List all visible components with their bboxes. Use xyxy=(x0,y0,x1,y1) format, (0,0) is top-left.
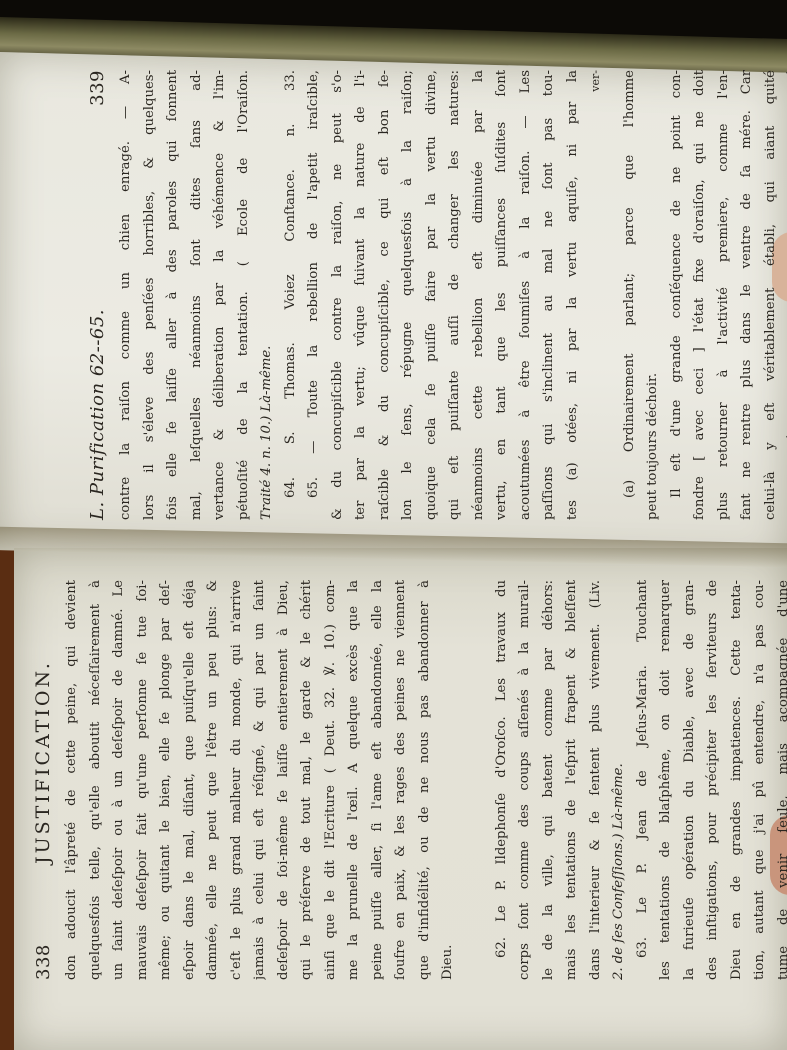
text-line: eſpoir dans le mal, diſant, que puiſqu'e… xyxy=(178,580,202,980)
text-line: Dieu. xyxy=(436,580,460,980)
section-63-line: 63. Le P. Jean de Jeſus-Maria. Touchant xyxy=(631,580,655,980)
section-63-line: tume de venir ſeule, mais acompagnée d'u… xyxy=(772,580,787,980)
section-62-line: le de la ville, qui batent comme par déh… xyxy=(537,580,561,980)
section-62-line: 62. Le P. Ildephonſe d'Oroſco. Les trava… xyxy=(490,580,514,980)
footnote-line: celui-là y eſt véritablement établi, qui… xyxy=(759,70,783,520)
footnote-line: Il eſt d'une grande conſéquence de ne po… xyxy=(665,70,689,520)
text-line: vertu, en tant que les puiſſances ſuſdit… xyxy=(490,70,514,520)
section-62-line: mais les tentations de l'eſprit frapent … xyxy=(560,580,584,980)
text-line: c'eſt le plus grand malheur du monde, qu… xyxy=(225,580,249,980)
text-line: ainſi que le dit l'Ecriture ( Deut. 32. … xyxy=(319,580,343,980)
text-line: ſoufre en paix, & les rages des peines n… xyxy=(389,580,413,980)
text-line: même; ou quitant le bien, elle ſe plonge… xyxy=(154,580,178,980)
catchword: ver- xyxy=(584,70,608,520)
text-line: lon le ſens, répugne quelquesfois à la r… xyxy=(396,70,420,520)
footnote-line: peut toujours déchoir. xyxy=(641,70,665,520)
section-62-line: corps ſont comme des coups aſſenés à la … xyxy=(513,580,537,980)
text-line: 65. — Toute la rebellion de l'apetit ira… xyxy=(302,70,326,520)
footnote-line: fondre [ avec ceci ] l'état fixe d'oraiſ… xyxy=(688,70,712,520)
text-line: qui le préſerve de tout mal, le garde & … xyxy=(295,580,319,980)
running-title: L. Purification 62--65. xyxy=(86,309,110,520)
text-line: peine puiſſe aller, ſi l'ame eſt abandon… xyxy=(366,580,390,980)
text-line: acoutumées à être ſoumiſes à la raiſon. … xyxy=(514,70,538,520)
text-line: quelquesfois telle, qu'elle aboutit néce… xyxy=(84,580,108,980)
page-number: 338 xyxy=(32,944,56,980)
section-62-line: dans l'interieur & ſe ſentent plus vivem… xyxy=(584,580,608,980)
page-338-text: 338 JUSTIFICATION. don adoucit l'âpreté … xyxy=(32,580,787,980)
section-63-line: tion, autant que j'ai pû entendre, n'a p… xyxy=(748,580,772,980)
section-62-line: 2. de ſes Confeſſions.) Là-même. xyxy=(607,580,631,980)
text-line: jamais à celui qui eſt réſigné, & qui pa… xyxy=(248,580,272,980)
text-line: & du concupiſcible contre la raiſon, ne … xyxy=(326,70,350,520)
text-line: lors il s'éleve des penſées horribles, &… xyxy=(138,70,162,520)
section-63-line: des inſtigations, pour précipiter les ſe… xyxy=(701,580,725,980)
text-line: quoique cela ſe puiſſe faire par la vert… xyxy=(420,70,444,520)
text-line: pétuoſité de la tentation. ( Ecole de l'… xyxy=(232,70,256,520)
page-339-header: L. Purification 62--65. 339 xyxy=(86,70,114,520)
text-line: un ſaint deſeſpoir ou à un deſeſpoir de … xyxy=(107,580,131,980)
text-line: tes (a) otées, ni par la vertu aquiſe, n… xyxy=(561,70,585,520)
footnote-line: fant ne rentre plus dans le ventre de ſa… xyxy=(735,70,759,520)
text-line: mauvais deſeſpoir fait qu'une perſonne ſ… xyxy=(131,580,155,980)
text-line: ter par la vertu; vûque ſuivant la natur… xyxy=(349,70,373,520)
text-line: damnée, elle ne peut que l'être un peu p… xyxy=(201,580,225,980)
section-63-line: la furieuſe opération du Diable, avec de… xyxy=(678,580,702,980)
section-63-line: les tentations de blaſphême, on doit rem… xyxy=(654,580,678,980)
page-338-header: 338 JUSTIFICATION. xyxy=(32,580,60,980)
page-number: 339 xyxy=(86,70,110,106)
text-line: Traité 4. n. 10.) Là-même. xyxy=(255,70,279,520)
text-line: qui eſt puiſſante auſſi de changer les n… xyxy=(443,70,467,520)
text-line: mal, leſquelles néanmoins ſont dites ſan… xyxy=(185,70,209,520)
text-line: contre la raiſon comme un chien enragé. … xyxy=(114,70,138,520)
text-line: néanmoins cette rebellion eſt diminuée p… xyxy=(467,70,491,520)
text-line: raſcible & du concupiſcible, ce qui eſt … xyxy=(373,70,397,520)
text-line: vertance & déliberation par la véhémence… xyxy=(208,70,232,520)
text-line: don adoucit l'âpreté de cette peine, qui… xyxy=(60,580,84,980)
footnote-line: toutes opérations propres, ſe laiſſe mou… xyxy=(782,70,787,520)
text-line: que d'infidélité, ou de ne nous pas aban… xyxy=(413,580,437,980)
text-line: deſeſpoir de ſoi-même ſe laiſſe entierem… xyxy=(272,580,296,980)
footnote-line: (a) Ordinairement parlant; parce que l'h… xyxy=(618,70,642,520)
text-line: paſſions qui s'inclinent au mal ne ſont … xyxy=(537,70,561,520)
section-63-line: Dieu en de grandes impatiences. Cette te… xyxy=(725,580,749,980)
footnote-line: plus retourner à l'activité premiere, co… xyxy=(712,70,736,520)
page-339-text: L. Purification 62--65. 339 contre la ra… xyxy=(86,70,787,520)
text-line: me la prunelle de l'œil. A quelque excès… xyxy=(342,580,366,980)
text-line: fois elle ſe laiſſe aller à des paroles … xyxy=(161,70,185,520)
text-line: 64. S. Thomas. Voiez Conſtance. n. 33. xyxy=(279,70,303,520)
running-title: JUSTIFICATION. xyxy=(32,660,56,864)
